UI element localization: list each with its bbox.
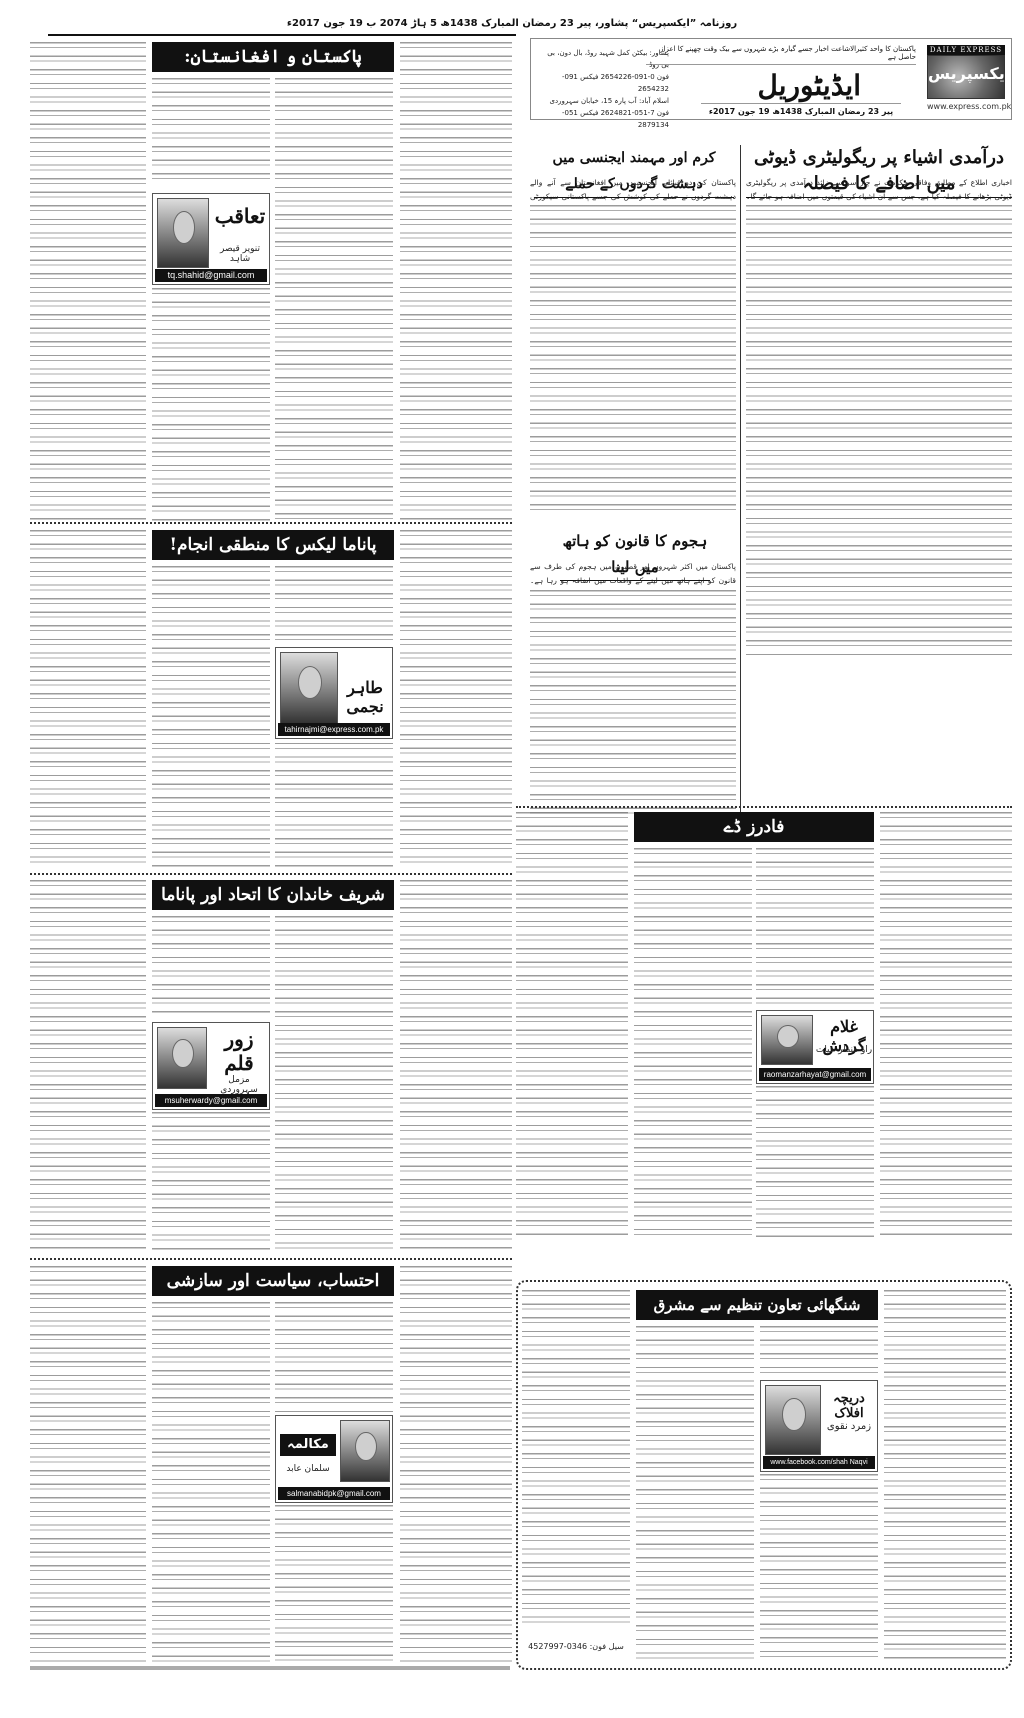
column-4-body-mid2 [275, 1505, 393, 1662]
editorial-2-lead: پاکستان کی دو قبائلی ایجنسیوں میں افغانس… [530, 176, 736, 204]
editorial-1-lead: اخباری اطلاع کے مطابق وفاقی حکومت نے چار… [746, 176, 1012, 204]
editorial-1-body [746, 205, 1012, 655]
column-1-body-mid2 [152, 78, 270, 186]
logo-top-text: DAILY EXPRESS [927, 45, 1005, 55]
editorial-3-lead: پاکستان میں اکثر شہروں اور قصبوں میں ہجو… [530, 560, 736, 588]
editorial-3-body [530, 590, 736, 820]
column-4-body-mid3 [152, 1302, 270, 1662]
column-6-body-left [522, 1290, 630, 1630]
column-1-body-left [30, 42, 146, 522]
author-box-zor-e-qalam: زور قلم مزمل سہروردی msuherwardy@gmail.c… [152, 1022, 270, 1110]
column-6-body-right [884, 1290, 1006, 1660]
author-box-taaqub: تعاقب تنویر قیصر شاہد tq.shahid@gmail.co… [152, 193, 270, 285]
column-6-headline: شنگھائی تعاون تنظیم سے مشرق وسطیٰ تک [636, 1290, 878, 1320]
column-1-body-mid [275, 78, 393, 522]
bottom-rule [30, 1666, 510, 1670]
author-photo [765, 1385, 821, 1455]
column-5-body-left [516, 812, 628, 1238]
column-6-body-mid [760, 1326, 878, 1378]
column-3-body-mid2 [152, 916, 270, 1016]
editorial-date: پیر 23 رمضان المبارک 1438ھ 19 جون 2017ء [701, 103, 901, 116]
column-name: تعاقب [211, 204, 269, 228]
globe-logo-icon: ایکسپریس [927, 55, 1005, 99]
author-email[interactable]: raomanzarhayat@gmail.com [759, 1068, 871, 1081]
author-name: تنویر قیصر شاہد [211, 244, 269, 264]
author-photo [340, 1420, 390, 1482]
column-name: دریچہ افلاک [821, 1391, 877, 1421]
column-5-body-mid2 [756, 1086, 874, 1238]
column-5-body-mid3 [634, 848, 752, 1238]
author-photo [157, 1027, 207, 1089]
column-6-body-mid3 [636, 1326, 754, 1660]
column-5-headline: فادرز ڈے [634, 812, 874, 842]
author-box-dareecha-aflak: دریچہ افلاک زمرد نقوی www.facebook.com/s… [760, 1380, 878, 1472]
author-email[interactable]: salmanabidpk@gmail.com [278, 1487, 390, 1500]
column-3-body-left [30, 880, 146, 1250]
column-name: طاہر نجمی [338, 678, 392, 716]
contact-line: پشاور: بیکٹن کمل شہید روڈ، بال دون، بی ب… [539, 47, 669, 71]
column-2-body-right [400, 530, 512, 870]
column-3-body-right [400, 880, 512, 1250]
contact-line: فون 7-051-2624821 فیکس 051-2879134 [539, 107, 669, 131]
author-box-ghulam-gardish: غلام گردش راؤ منظر حیات raomanzarhayat@g… [756, 1010, 874, 1084]
editorial-masthead: DAILY EXPRESS ایکسپریس www.express.com.p… [530, 38, 1012, 120]
column-divider [740, 145, 741, 825]
section-divider [30, 1258, 512, 1260]
contact-line: فون 0-091-2654226 فیکس 091-2654232 [539, 71, 669, 95]
author-photo [157, 198, 209, 268]
page-folio: روزنامہ ”ایکسپریس“ پشاور، پیر 23 رمضان ا… [0, 18, 1024, 29]
column-4-body-right [400, 1266, 512, 1662]
author-box-tahir-najmi: طاہر نجمی tahirnajmi@express.com.pk [275, 647, 393, 739]
column-name: زور قلم [209, 1027, 269, 1075]
editorial-2-body [530, 205, 736, 515]
column-1-headline: پاکستان و افغانستان: بذریعہ میڈیا قریب آ… [152, 42, 394, 72]
logo-url[interactable]: www.express.com.pk [927, 102, 1005, 111]
author-facebook[interactable]: www.facebook.com/shah Naqvi [763, 1456, 875, 1469]
author-email[interactable]: msuherwardy@gmail.com [155, 1094, 267, 1107]
column-4-headline: احتساب، سیاست اور سازشی تھیوری [152, 1266, 394, 1296]
author-name: راؤ منظر حیات [815, 1045, 873, 1055]
phone-number: سیل فون: 0346-4527997 [522, 1640, 630, 1654]
column-3-body-mid [275, 916, 393, 1250]
author-name: مزمل سہروردی [209, 1075, 269, 1095]
section-divider [30, 873, 512, 875]
top-rule [48, 34, 516, 36]
contact-line: اسلام آباد: آب پارہ 15، خیابان سہروردی [539, 95, 669, 107]
author-name: سلمان عابد [280, 1464, 336, 1474]
section-divider [30, 522, 512, 524]
author-box-mukalma: مکالمہ سلمان عابد salmanabidpk@gmail.com [275, 1415, 393, 1503]
column-3-body-mid3 [152, 1112, 270, 1250]
column-1-body-mid3 [152, 288, 270, 522]
author-photo [761, 1015, 813, 1065]
author-email[interactable]: tq.shahid@gmail.com [155, 269, 267, 282]
column-2-headline: پاناما لیکس کا منطقی انجام! [152, 530, 394, 560]
column-2-body-mid2 [152, 566, 270, 870]
express-logo: DAILY EXPRESS ایکسپریس www.express.com.p… [927, 45, 1005, 115]
author-name: زمرد نقوی [821, 1421, 877, 1432]
author-email[interactable]: tahirnajmi@express.com.pk [278, 723, 390, 736]
column-2-body-left [30, 530, 146, 870]
tagline: پاکستان کا واحد کثیرالاشاعت اخبار جسے گی… [646, 45, 916, 65]
logo-urdu-text: ایکسپریس [928, 64, 1004, 83]
column-5-body-right [880, 812, 1012, 1238]
column-5-body-mid [756, 848, 874, 1006]
column-4-body-left [30, 1266, 146, 1662]
column-name: مکالمہ [280, 1434, 336, 1456]
column-4-body-mid [275, 1302, 393, 1412]
contact-info: پشاور: بیکٹن کمل شہید روڈ، بال دون، بی ب… [539, 47, 669, 131]
column-1-body-right [400, 42, 512, 522]
editorial-title: ایڈیٹوریل [758, 69, 862, 102]
column-3-headline: شریف خاندان کا اتحاد اور پاناما کیس [152, 880, 394, 910]
section-divider [516, 806, 1012, 808]
author-photo [280, 652, 338, 724]
column-6-body-mid2 [760, 1474, 878, 1660]
